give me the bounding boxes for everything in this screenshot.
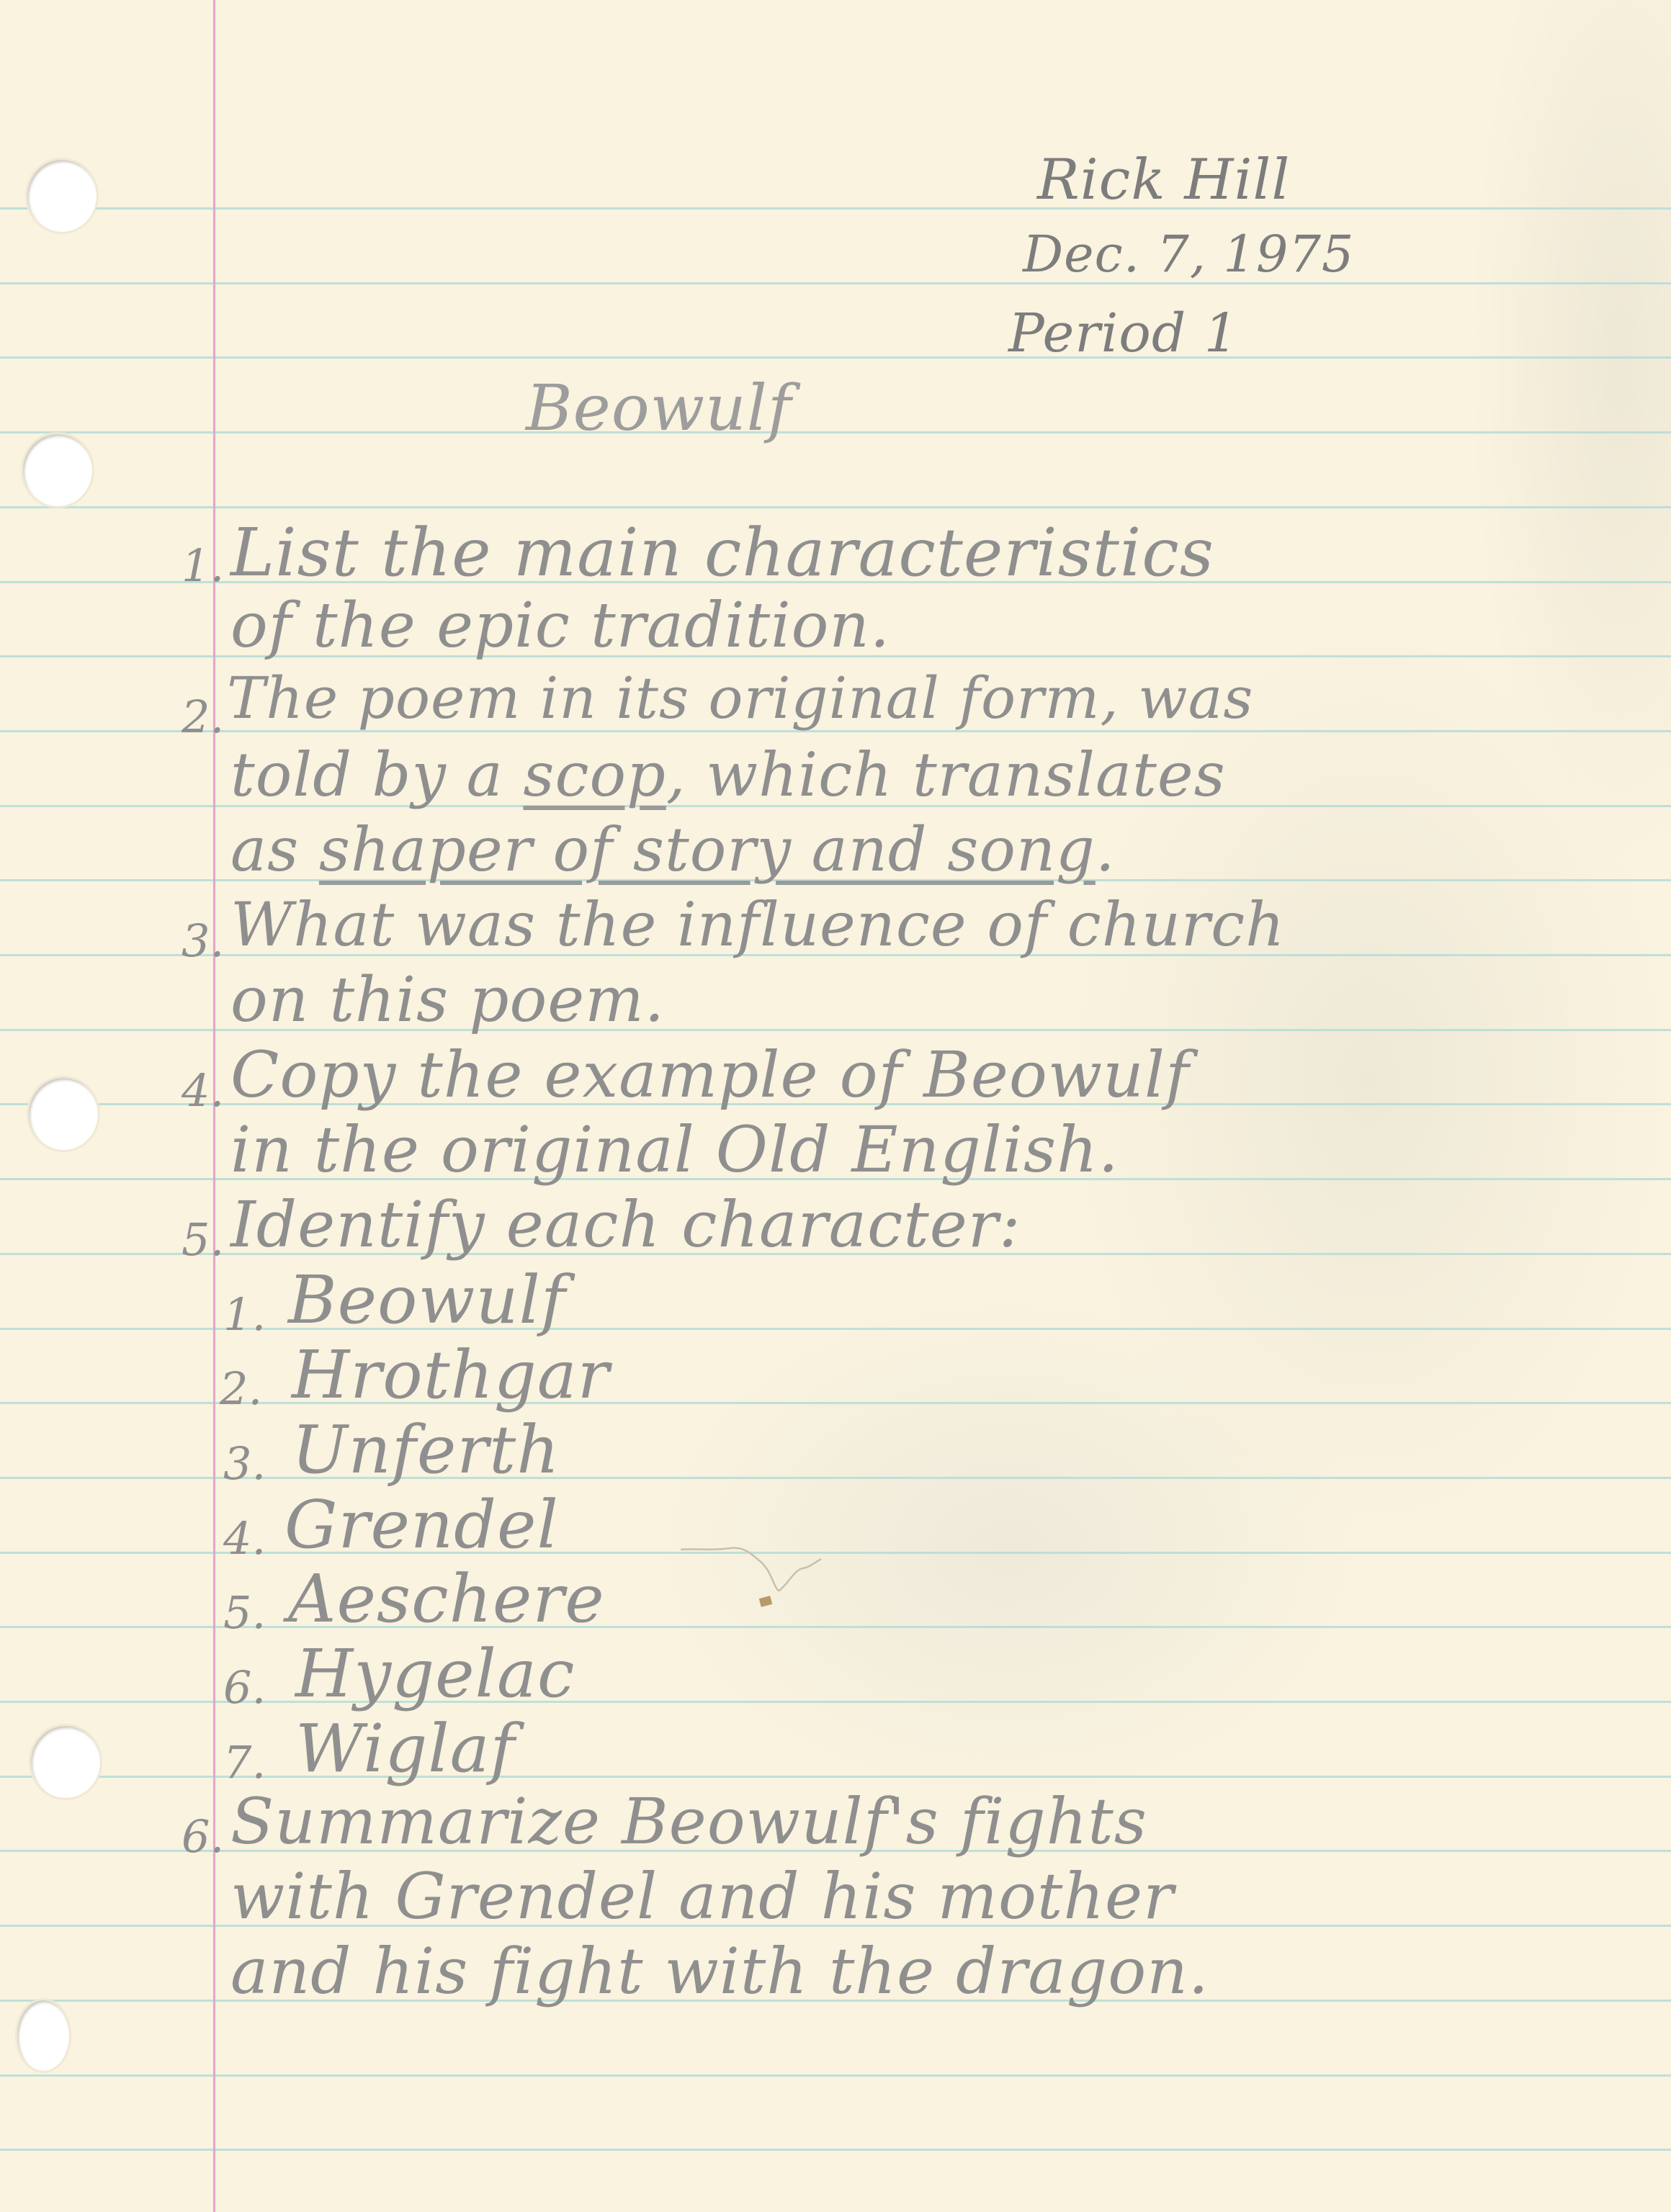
question-6-line-3: and his fight with the dragon. — [230, 1940, 1209, 2003]
question-2-line-1: The poem in its original form, was — [227, 670, 1253, 727]
question-number-4: 4. — [182, 1069, 224, 1113]
character-name-wiglaf: Wiglaf — [295, 1716, 516, 1782]
binder-hole-5 — [17, 2000, 69, 2071]
question-number-6: 6. — [182, 1815, 224, 1859]
page-title: Beowulf — [526, 371, 792, 445]
binder-hole-3 — [29, 1078, 98, 1150]
underlined-phrase: shaper of story and song — [319, 814, 1096, 885]
ruled-line — [0, 506, 1671, 508]
ruled-line — [0, 207, 1671, 210]
character-name-beowulf: Beowulf — [288, 1267, 566, 1334]
character-number: 3. — [223, 1442, 266, 1486]
ruled-line — [0, 2074, 1671, 2077]
question-3-line-1: What was the influence of church — [230, 894, 1285, 955]
ruled-line — [0, 2149, 1671, 2151]
question-2-text: told by a — [230, 739, 523, 810]
question-1-line-2: of the epic tradition. — [230, 595, 890, 657]
character-number: 6. — [223, 1665, 266, 1710]
question-5-line-1: Identify each character: — [230, 1193, 1021, 1256]
question-3-line-2: on this poem. — [230, 969, 665, 1031]
binder-hole-1 — [27, 160, 97, 232]
question-4-line-1: Copy the example of Beowulf — [230, 1043, 1190, 1107]
question-2-text: , which translates — [666, 739, 1226, 810]
character-number: 7. — [223, 1740, 266, 1785]
ruled-line — [0, 431, 1671, 433]
character-name-aeschere: Aeschere — [288, 1566, 605, 1632]
character-number: 1. — [223, 1292, 266, 1337]
assignment-date: Dec. 7, 1975 — [1023, 225, 1354, 284]
question-number-1: 1. — [182, 544, 224, 588]
character-number: 4. — [223, 1516, 266, 1561]
binder-hole-2 — [23, 434, 92, 506]
question-number-5: 5. — [182, 1218, 224, 1262]
question-4-line-2: in the original Old English. — [230, 1118, 1119, 1182]
student-name: Rick Hill — [1037, 148, 1290, 212]
question-2-text: as — [230, 814, 319, 885]
character-name-hrothgar: Hrothgar — [292, 1342, 610, 1408]
question-2-line-3: as shaper of story and song. — [230, 819, 1116, 880]
question-6-line-2: with Grendel and his mother — [230, 1865, 1174, 1928]
question-2-text: . — [1096, 814, 1116, 885]
character-name-grendel: Grendel — [285, 1492, 559, 1558]
character-number: 5. — [223, 1591, 266, 1635]
ruled-line — [0, 282, 1671, 284]
character-number: 2. — [220, 1367, 262, 1411]
ruled-line — [0, 356, 1671, 359]
question-number-3: 3. — [182, 919, 224, 963]
character-name-unferth: Unferth — [292, 1417, 560, 1483]
character-name-hygelac: Hygelac — [295, 1641, 575, 1707]
question-2-line-2: told by a scop, which translates — [230, 745, 1226, 805]
notebook-page: Rick Hill Dec. 7, 1975 Period 1 Beowulf … — [0, 0, 1671, 2212]
underlined-term-scop: scop — [523, 739, 666, 810]
question-6-line-1: Summarize Beowulf's fights — [230, 1790, 1147, 1853]
paper-crack — [681, 1541, 897, 1627]
binder-hole-4 — [31, 1726, 100, 1798]
question-1-line-1: List the main characteristics — [230, 520, 1214, 586]
question-number-2: 2. — [182, 695, 224, 739]
class-period: Period 1 — [1008, 302, 1239, 364]
